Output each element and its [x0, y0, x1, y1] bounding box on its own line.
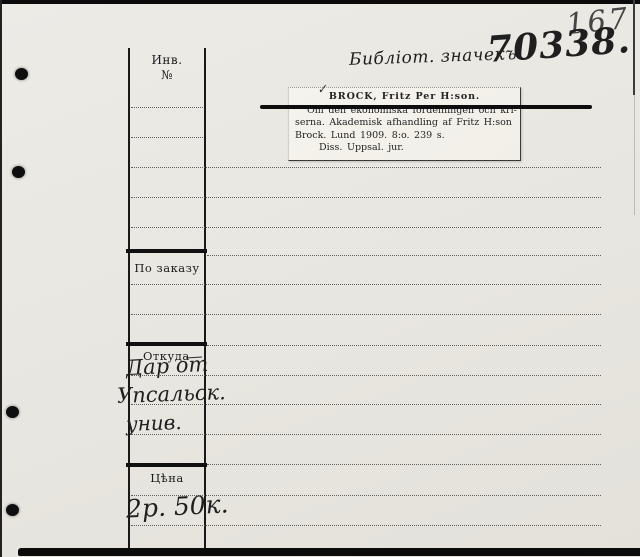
- ruled-line: [131, 284, 601, 285]
- ruled-line: [131, 227, 601, 228]
- scan-edge-bottom: [18, 548, 640, 556]
- from-where-entry-line3: унив.: [126, 410, 182, 436]
- catalog-card-scan: Инв. № По заказу Откуда Цѣна 167 Библіот…: [0, 0, 640, 557]
- price-entry-handwriting: 2р. 50к.: [125, 489, 229, 523]
- ruled-line: [207, 345, 601, 346]
- punch-hole-4: [6, 504, 19, 516]
- slip-body-line: Brock. Lund 1909. 8:o. 239 s.: [295, 130, 514, 143]
- by-order-label: По заказу: [131, 261, 203, 275]
- punch-hole-2: [12, 166, 25, 178]
- scan-edge-left: [0, 0, 2, 557]
- column-right-border: [204, 48, 206, 548]
- ruled-line: [131, 107, 203, 108]
- ruled-line: [131, 525, 601, 526]
- section-divider-from-where: [126, 342, 207, 346]
- ruled-line: [131, 167, 601, 168]
- column-left-border: [128, 48, 130, 548]
- punch-hole-1: [15, 68, 28, 80]
- inventory-label-line1: Инв.: [131, 53, 203, 67]
- library-mark-number-handwriting: 70338.: [486, 19, 632, 71]
- ruled-line: [131, 137, 203, 138]
- scan-edge-top: [0, 0, 640, 4]
- ruled-line: [207, 255, 601, 256]
- ruled-line: [207, 464, 601, 465]
- from-where-entry-line2: Упсальск.: [117, 380, 227, 408]
- pasted-bibliography-slip: BROCK, Fritz Per H:son. Om den ekonomisk…: [288, 87, 521, 161]
- check-mark-handwriting: ✓: [316, 81, 328, 97]
- from-where-entry-line1: Дар от: [125, 352, 208, 380]
- slip-body-line: serna. Akademisk afhandling af Fritz H:s…: [295, 117, 514, 130]
- ruled-line: [131, 314, 601, 315]
- price-label: Цѣна: [131, 471, 203, 485]
- punch-hole-3: [6, 406, 19, 418]
- ruled-line: [131, 197, 601, 198]
- scan-edge-right: [633, 0, 635, 95]
- section-divider-price: [126, 463, 207, 467]
- slip-body-line: Diss. Uppsal. jur.: [295, 142, 514, 155]
- scan-edge-right-faint: [634, 95, 635, 215]
- heading-rule: [260, 105, 592, 109]
- inventory-number-sign: №: [131, 68, 203, 82]
- section-divider-by-order: [126, 249, 207, 253]
- ruled-line: [131, 434, 601, 435]
